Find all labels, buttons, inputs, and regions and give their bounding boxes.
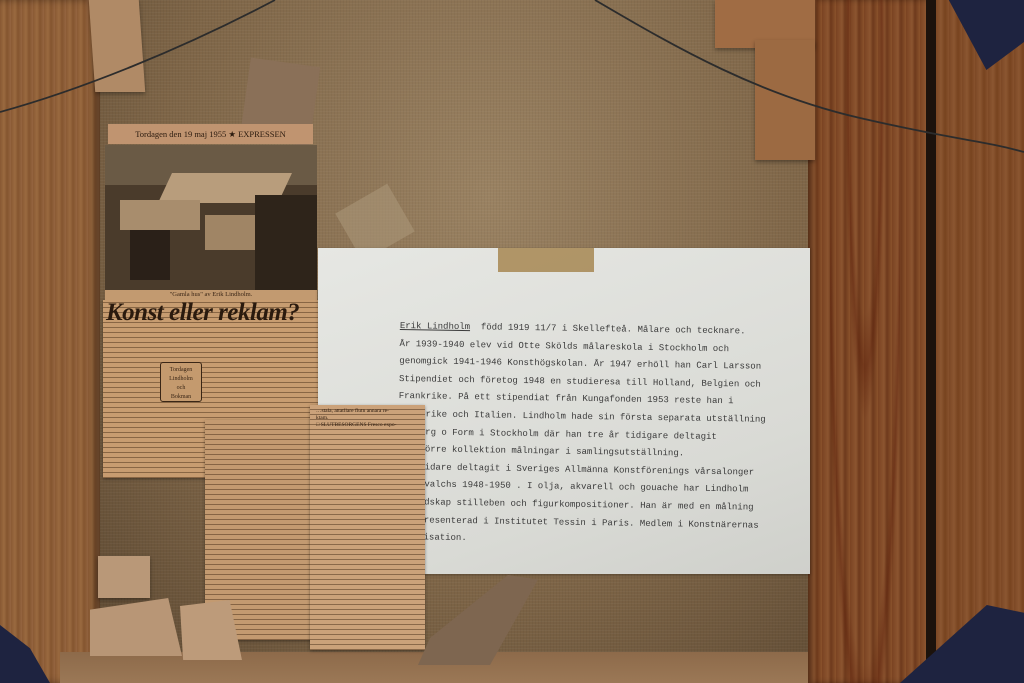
clipping-text: …stala, attatllare flutn annara re- ktam… [316,408,420,429]
clipping-masthead: Tordagen den 19 maj 1955 ★ EXPRESSEN [108,124,313,144]
cardboard-wedge [755,40,815,160]
cardboard-wedge [98,556,150,598]
artist-name: Erik Lindholm [400,321,470,332]
wood-grain [830,0,900,683]
tape-strip [498,248,594,272]
clipping-boxed-note: Tordagen Lindholm och Bokman [160,362,202,402]
note-text: Erik Lindholm född 1919 11/7 i Skellefte… [396,318,800,553]
newspaper-clipping [310,405,425,650]
cardboard-wedge [89,0,145,92]
clipping-headline: Konst eller reklam? [106,296,318,330]
frame-left-rail [0,0,100,683]
frame-gap [926,0,936,683]
clipping-photo [105,145,317,290]
outer-frame [936,0,1024,683]
